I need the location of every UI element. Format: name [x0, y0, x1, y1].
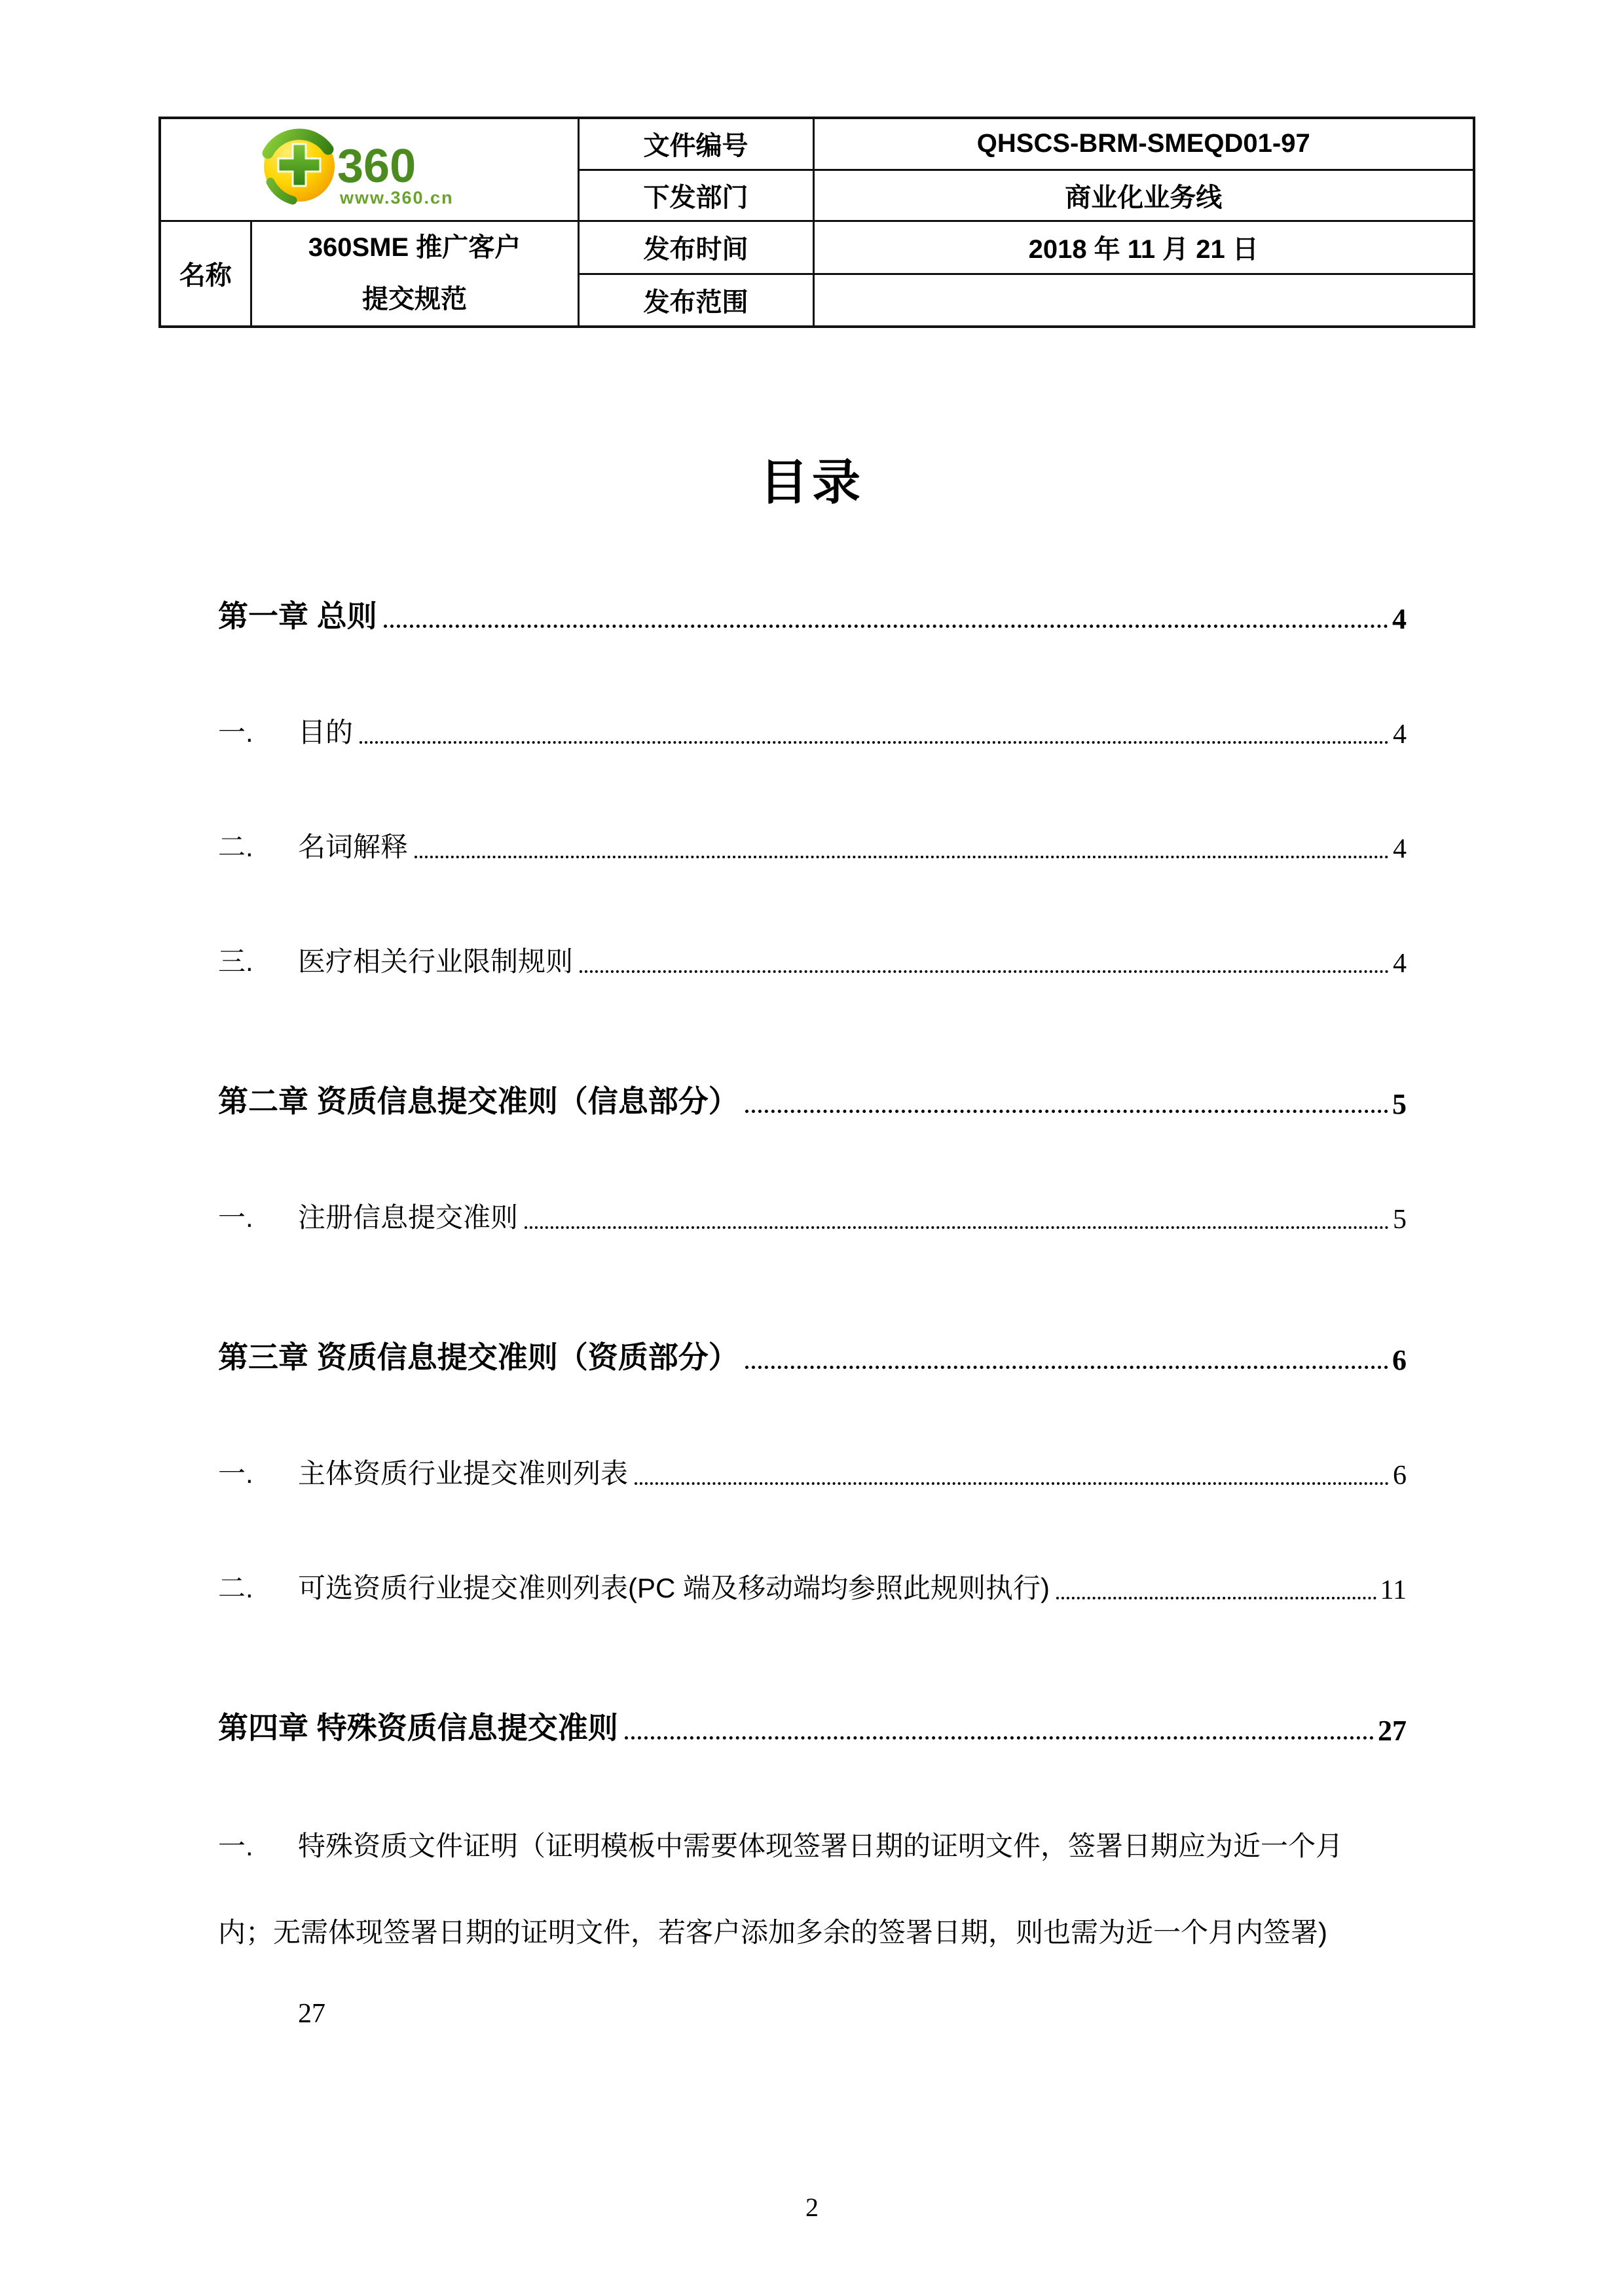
toc-item-label: 注册信息提交准则: [298, 1196, 518, 1235]
toc-multiline-line1: 一. 特殊资质文件证明（证明模板中需要体现签署日期的证明文件，签署日期应为近一个…: [218, 1825, 1407, 1864]
name-label: 名称: [160, 221, 251, 327]
toc-entry-ch3-item-2[interactable]: 二. 可选资质行业提交准则列表(PC 端及移动端均参照此规则执行) 11: [218, 1567, 1407, 1606]
dot-leader: [745, 1366, 1388, 1369]
toc-item-label: 名词解释: [298, 826, 408, 865]
toc-entry-ch4-item-1[interactable]: 一. 特殊资质文件证明（证明模板中需要体现签署日期的证明文件，签署日期应为近一个…: [218, 1825, 1407, 2030]
table-of-contents: 第一章 总则 4 一. 目的 4 二. 名词解释 4 三. 医疗相关行业限制规则…: [218, 592, 1407, 2030]
dot-leader: [415, 856, 1389, 858]
toc-item-label: 第四章 特殊资质信息提交准则: [218, 1704, 618, 1747]
toc-item-label: 特殊资质文件证明（证明模板中需要体现签署日期的证明文件，签署日期应为近一个月: [298, 1825, 1343, 1864]
toc-entry-ch2-item-1[interactable]: 一. 注册信息提交准则 5: [218, 1196, 1407, 1235]
toc-page-number: 4: [1393, 833, 1407, 865]
dot-leader: [635, 1482, 1389, 1485]
toc-entry-ch1-item-2[interactable]: 二. 名词解释 4: [218, 826, 1407, 865]
toc-title: 目录: [0, 444, 1624, 513]
dot-leader: [625, 1736, 1374, 1740]
doc-name-line2: 提交规范: [256, 274, 574, 325]
field-label-publish-scope: 发布范围: [578, 274, 813, 326]
toc-entry-chapter-3[interactable]: 第三章 资质信息提交准则（资质部分） 6: [218, 1334, 1407, 1377]
toc-page-number: 27: [298, 1999, 325, 2029]
doc-name-line1: 360SME 推广客户: [256, 222, 574, 274]
footer-page-number: 2: [0, 2192, 1624, 2223]
toc-page-number: 4: [1393, 719, 1407, 750]
toc-item-label: 第三章 资质信息提交准则（资质部分）: [218, 1334, 739, 1377]
toc-entry-chapter-4[interactable]: 第四章 特殊资质信息提交准则 27: [218, 1704, 1407, 1747]
field-value-doc-number: QHSCS-BRM-SMEQD01-97: [813, 118, 1474, 170]
dot-leader: [580, 970, 1389, 973]
doc-name-cell: 360SME 推广客户 提交规范: [251, 221, 578, 327]
logo-brand-url: www.360.cn: [339, 188, 454, 208]
toc-item-label: 第一章 总则: [218, 592, 377, 636]
field-label-doc-number: 文件编号: [578, 118, 813, 170]
toc-item-number: 一.: [218, 1196, 298, 1235]
toc-page-number: 6: [1392, 1343, 1407, 1377]
toc-entry-ch1-item-1[interactable]: 一. 目的 4: [218, 711, 1407, 750]
toc-page-number: 4: [1392, 602, 1407, 636]
logo-360-icon: 360 www.360.cn: [261, 120, 477, 212]
toc-page-number: 5: [1392, 1087, 1407, 1121]
field-label-publish-date: 发布时间: [578, 221, 813, 274]
toc-entry-chapter-2[interactable]: 第二章 资质信息提交准则（信息部分） 5: [218, 1078, 1407, 1121]
toc-item-label: 医疗相关行业限制规则: [298, 940, 573, 979]
dot-leader: [384, 625, 1388, 628]
field-value-issuing-dept: 商业化业务线: [813, 170, 1474, 221]
toc-item-label: 主体资质行业提交准则列表: [298, 1452, 628, 1491]
toc-item-number: 一.: [218, 711, 298, 750]
toc-entry-chapter-1[interactable]: 第一章 总则 4: [218, 592, 1407, 636]
toc-item-number: 二.: [218, 1567, 298, 1606]
toc-item-label: 可选资质行业提交准则列表(PC 端及移动端均参照此规则执行): [298, 1567, 1050, 1606]
field-value-publish-date: 2018 年 11 月 21 日: [813, 221, 1474, 274]
dot-leader: [1056, 1597, 1376, 1599]
toc-item-number: 一.: [218, 1825, 298, 1864]
toc-item-number: 二.: [218, 826, 298, 865]
logo-brand-number: 360: [337, 140, 416, 192]
document-page: 360 www.360.cn 文件编号 QHSCS-BRM-SMEQD01-97…: [0, 0, 1624, 2296]
toc-item-label: 目的: [298, 711, 353, 750]
toc-item-number: 三.: [218, 940, 298, 979]
toc-entry-ch1-item-3[interactable]: 三. 医疗相关行业限制规则 4: [218, 940, 1407, 979]
document-header-table: 360 www.360.cn 文件编号 QHSCS-BRM-SMEQD01-97…: [158, 117, 1475, 328]
toc-multiline-page: 27: [218, 1997, 1407, 2030]
toc-page-number: 6: [1393, 1460, 1407, 1491]
toc-item-label: 第二章 资质信息提交准则（信息部分）: [218, 1078, 739, 1121]
logo-cell: 360 www.360.cn: [160, 118, 578, 221]
toc-entry-ch3-item-1[interactable]: 一. 主体资质行业提交准则列表 6: [218, 1452, 1407, 1491]
toc-page-number: 27: [1378, 1714, 1407, 1747]
toc-page-number: 11: [1380, 1575, 1407, 1606]
dot-leader: [360, 741, 1389, 744]
toc-multiline-line2: 内；无需体现签署日期的证明文件，若客户添加多余的签署日期，则也需为近一个月内签署…: [218, 1911, 1407, 1950]
dot-leader: [525, 1226, 1389, 1229]
toc-item-number: 一.: [218, 1452, 298, 1491]
toc-page-number: 5: [1393, 1204, 1407, 1235]
field-value-publish-scope: [813, 274, 1474, 326]
field-label-issuing-dept: 下发部门: [578, 170, 813, 221]
dot-leader: [745, 1110, 1388, 1113]
toc-page-number: 4: [1393, 948, 1407, 979]
